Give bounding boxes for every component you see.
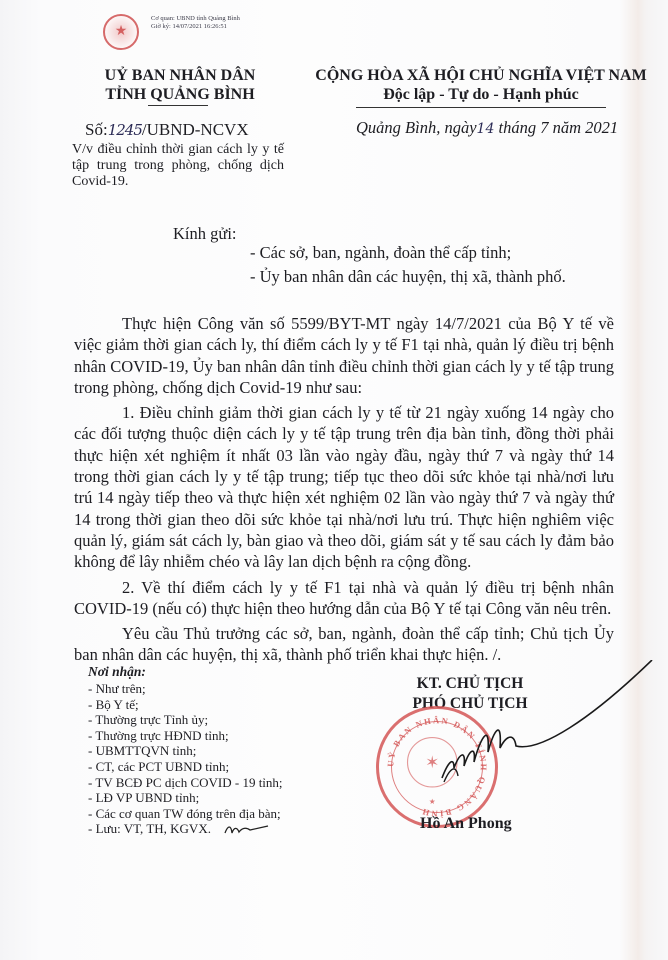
digital-signature-agency: Cơ quan: UBND tỉnh Quảng Bình [151,15,240,23]
org-divider [148,105,208,106]
doc-no-suffix: /UBND-NCVX [142,120,249,139]
document-number: Số:1245/UBND-NCVX [85,120,249,140]
distribution-item: - TV BCĐ PC dịch COVID - 19 tỉnh; [88,775,283,791]
recipient-item: - Ủy ban nhân dân các huyện, thị xã, thà… [250,265,566,289]
handwritten-signature-icon [440,660,655,830]
body-paragraph-item-1: 1. Điều chỉnh giảm thời gian cách ly y t… [74,402,614,572]
nation-title: CỘNG HÒA XÃ HỘI CHỦ NGHĨA VIỆT NAM [300,66,662,85]
distribution-item: - CT, các PCT UBND tỉnh; [88,759,283,775]
org-line-2: TỈNH QUẢNG BÌNH [80,85,280,104]
date-day-handwritten: 14 [477,121,495,137]
digital-signature-info: Cơ quan: UBND tỉnh Quảng Bình Giờ ký: 14… [151,15,240,31]
issuing-organization: UỶ BAN NHÂN DÂN TỈNH QUẢNG BÌNH [80,66,280,104]
doc-no-handwritten: 1245 [108,121,142,139]
distribution-item: - Thường trực Tỉnh ủy; [88,712,283,728]
org-line-1: UỶ BAN NHÂN DÂN [80,66,280,85]
nation-divider [356,107,606,108]
distribution-list: - Như trên; - Bộ Y tế; - Thường trực Tỉn… [88,681,283,837]
distribution-item: - Như trên; [88,681,283,697]
svg-text:★: ★ [429,797,436,806]
distribution-title: Nơi nhận: [88,664,146,680]
distribution-item: - Thường trực HĐND tỉnh; [88,728,283,744]
distribution-item: - UBMTTQVN tỉnh; [88,743,283,759]
document-body: Thực hiện Công văn số 5599/BYT-MT ngày 1… [74,313,614,670]
distribution-item: - Bộ Y tế; [88,697,283,713]
digital-signature-time: Giờ ký: 14/07/2021 16:26:51 [151,23,240,31]
recipients-list: - Các sở, ban, ngành, đoàn thể cấp tỉnh;… [250,241,566,289]
document-page: Cơ quan: UBND tỉnh Quảng Bình Giờ ký: 14… [0,0,668,960]
signer-name: Hồ An Phong [420,815,512,833]
distribution-item: - LĐ VP UBND tỉnh; [88,790,283,806]
body-paragraph-item-2: 2. Về thí điểm cách ly y tế F1 tại nhà v… [74,577,614,620]
date-line: Quảng Bình, ngày14 tháng 7 năm 2021 [356,118,618,138]
national-header: CỘNG HÒA XÃ HỘI CHỦ NGHĨA VIỆT NAM Độc l… [300,66,662,104]
recipient-item: - Các sở, ban, ngành, đoàn thể cấp tỉnh; [250,241,566,265]
doc-no-prefix: Số: [85,120,108,139]
nation-motto: Độc lập - Tự do - Hạnh phúc [300,85,662,104]
distribution-item: - Các cơ quan TW đóng trên địa bàn; [88,806,283,822]
digital-signature-seal-icon [103,14,139,50]
initials-scribble-icon [222,821,272,837]
document-subject: V/v điều chỉnh thời gian cách ly y tế tậ… [72,142,284,190]
date-suffix: tháng 7 năm 2021 [494,118,618,137]
body-paragraph-intro: Thực hiện Công văn số 5599/BYT-MT ngày 1… [74,313,614,398]
greeting: Kính gửi: [173,224,237,244]
svg-text:✶: ✶ [425,753,439,772]
date-prefix: Quảng Bình, ngày [356,118,477,137]
